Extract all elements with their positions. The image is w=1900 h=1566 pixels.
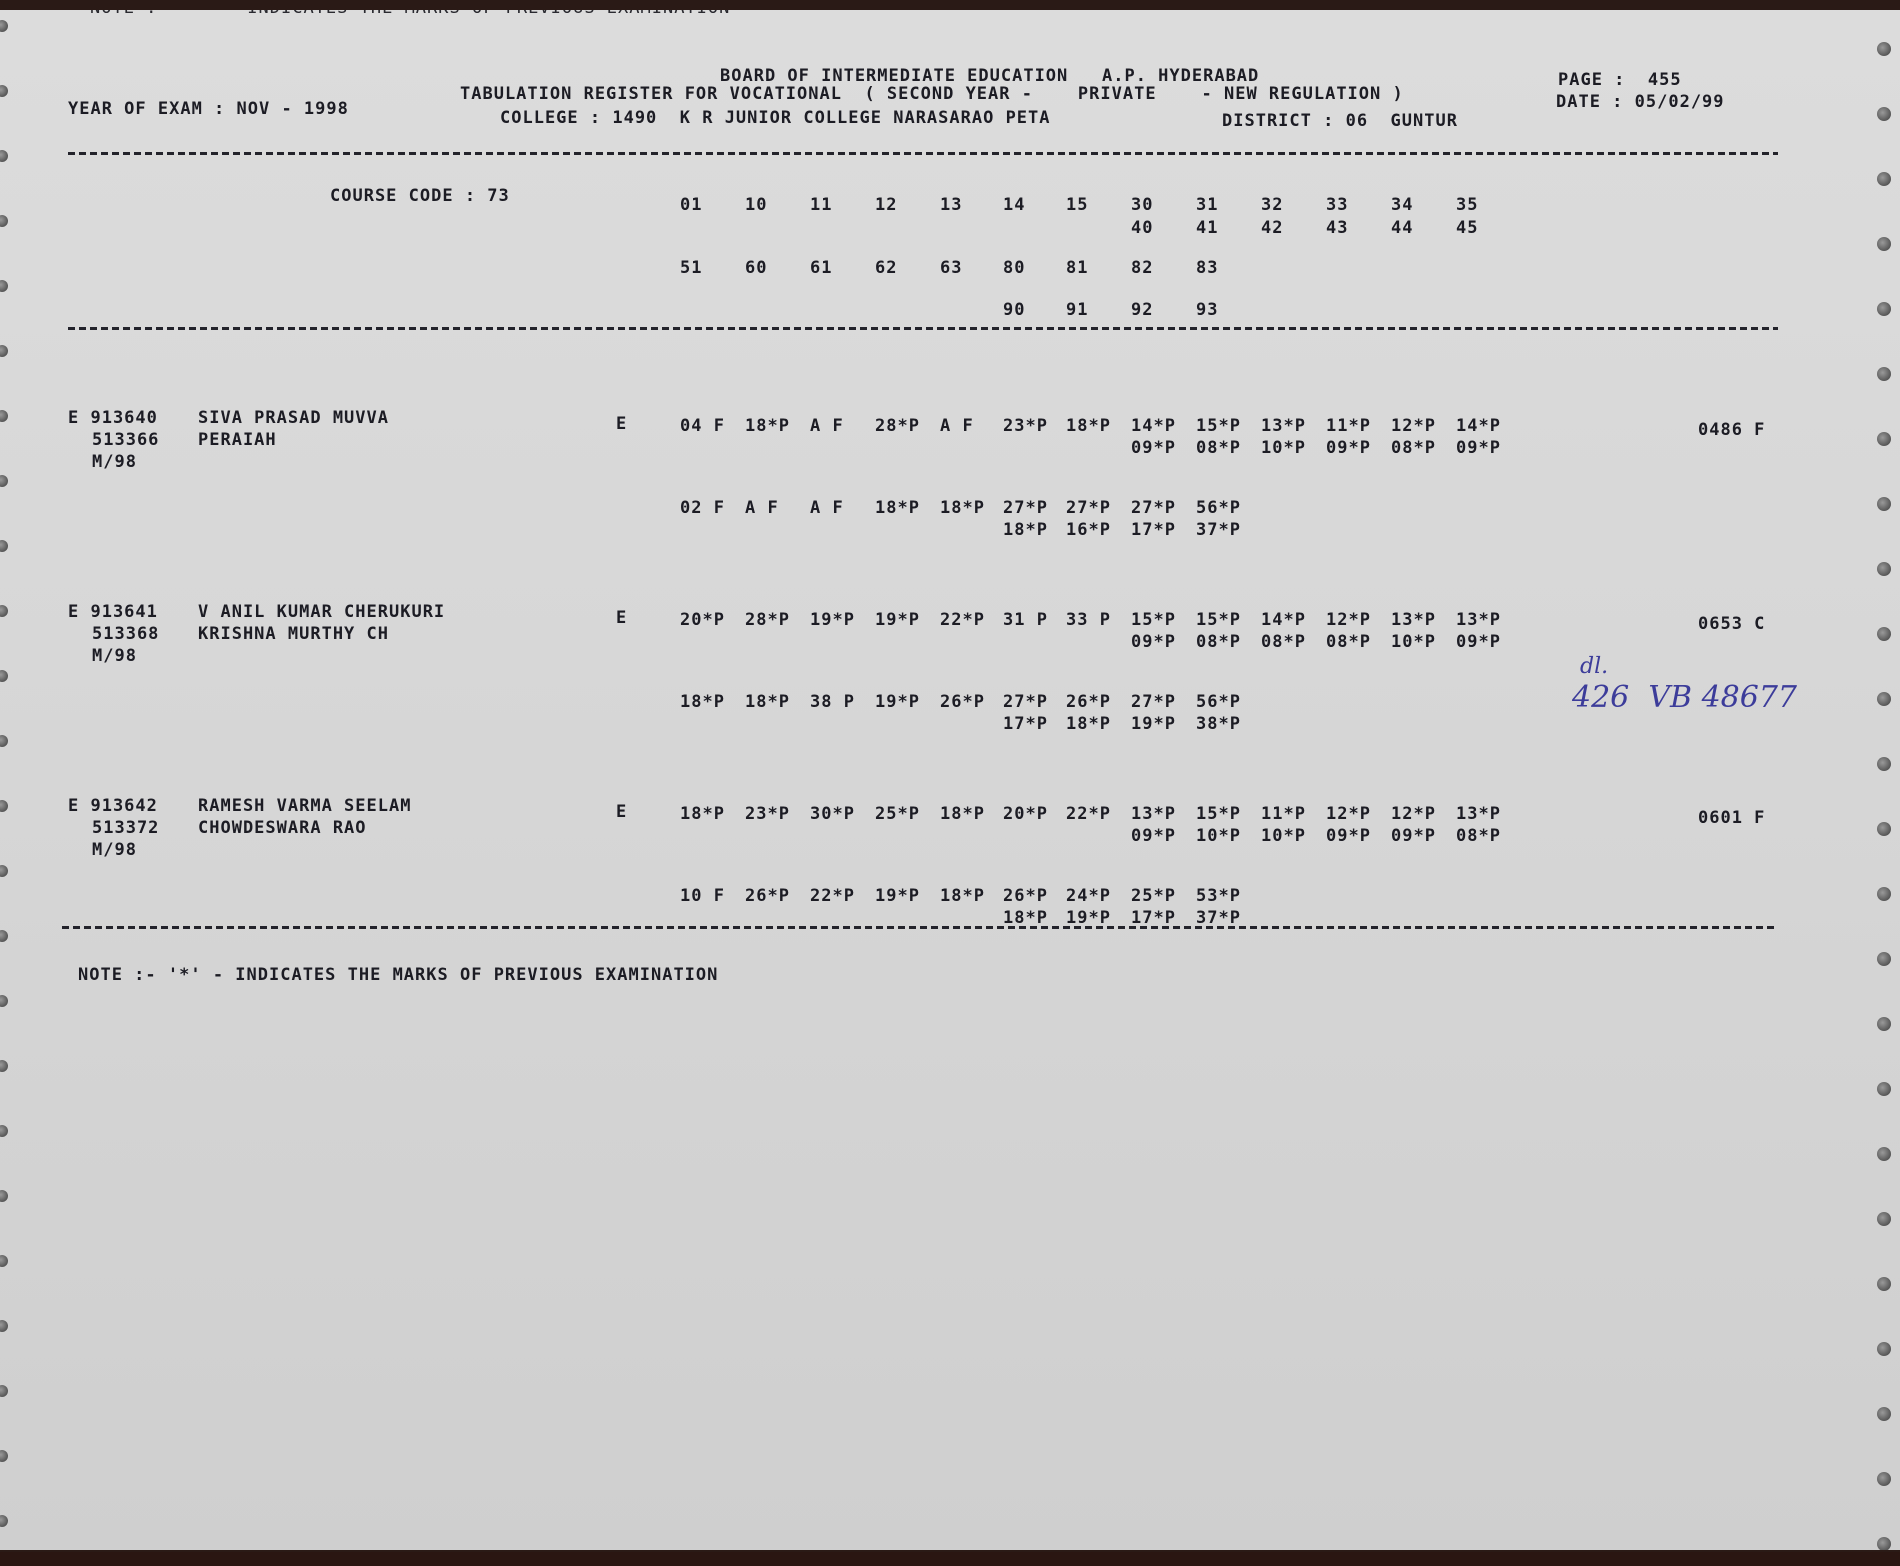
mark-cell: 18*P (1003, 908, 1048, 928)
year-of-exam: YEAR OF EXAM : NOV - 1998 (68, 99, 349, 119)
feed-hole (0, 800, 8, 812)
mark-cell: 16*P (1066, 520, 1111, 540)
subject-code: 83 (1196, 258, 1218, 278)
mark-cell: 18*P (680, 692, 725, 712)
medium: E (616, 414, 627, 434)
mark-cell: 53*P (1196, 886, 1241, 906)
mark-cell: 09*P (1131, 438, 1176, 458)
mark-cell: 04 F (680, 416, 725, 436)
feed-hole (0, 1255, 8, 1267)
mark-cell: 10 F (680, 886, 725, 906)
feed-hole (0, 995, 8, 1007)
exam-session: M/98 (92, 452, 137, 472)
mark-cell: 19*P (875, 610, 920, 630)
mark-cell: 23*P (745, 804, 790, 824)
page-number: PAGE : 455 (1558, 70, 1682, 90)
mark-cell: 09*P (1326, 826, 1371, 846)
feed-hole (0, 1125, 8, 1137)
subject-code: 62 (875, 258, 897, 278)
mark-cell: 15*P (1131, 610, 1176, 630)
mark-cell: 09*P (1456, 438, 1501, 458)
mark-cell: 26*P (1003, 886, 1048, 906)
student-code: 513366 (92, 430, 159, 450)
student-reg-number: E 913642 (68, 796, 158, 816)
subject-code: 42 (1261, 218, 1283, 238)
mark-cell: 09*P (1131, 826, 1176, 846)
student-name: RAMESH VARMA SEELAM (198, 796, 411, 816)
mark-cell: 18*P (1066, 714, 1111, 734)
mark-cell: 15*P (1196, 610, 1241, 630)
feed-hole (0, 280, 8, 292)
college-info: COLLEGE : 1490 K R JUNIOR COLLEGE NARASA… (500, 108, 1051, 128)
subject-code: 92 (1131, 300, 1153, 320)
total-result: 0653 C (1698, 614, 1765, 634)
father-name: PERAIAH (198, 430, 277, 450)
subject-code: 44 (1391, 218, 1413, 238)
student-code: 513368 (92, 624, 159, 644)
feed-hole (0, 605, 8, 617)
mark-cell: 27*P (1003, 498, 1048, 518)
mark-cell: 17*P (1003, 714, 1048, 734)
feed-hole (1877, 172, 1891, 186)
feed-hole (1877, 237, 1891, 251)
subject-code: 30 (1131, 195, 1153, 215)
mark-cell: 13*P (1456, 804, 1501, 824)
mark-cell: 17*P (1131, 520, 1176, 540)
mark-cell: 26*P (1066, 692, 1111, 712)
mark-cell: 26*P (940, 692, 985, 712)
student-reg-number: E 913641 (68, 602, 158, 622)
mark-cell: 27*P (1131, 692, 1176, 712)
feed-hole (1877, 302, 1891, 316)
total-result: 0601 F (1698, 808, 1765, 828)
feed-hole (0, 1320, 8, 1332)
separator-line (62, 926, 1778, 929)
feed-hole (1877, 757, 1891, 771)
mark-cell: A F (810, 416, 844, 436)
father-name: KRISHNA MURTHY CH (198, 624, 389, 644)
feed-hole (1877, 1537, 1891, 1550)
mark-cell: 08*P (1261, 632, 1306, 652)
feed-hole (0, 865, 8, 877)
subject-code: 60 (745, 258, 767, 278)
feed-hole (0, 1190, 8, 1202)
mark-cell: 18*P (1066, 416, 1111, 436)
mark-cell: 08*P (1196, 632, 1241, 652)
mark-cell: 37*P (1196, 520, 1241, 540)
feed-hole (1877, 562, 1891, 576)
subject-code: 01 (680, 195, 702, 215)
subject-code: 31 (1196, 195, 1218, 215)
mark-cell: 26*P (745, 886, 790, 906)
student-code: 513372 (92, 818, 159, 838)
mark-cell: 14*P (1456, 416, 1501, 436)
mark-cell: 18*P (745, 416, 790, 436)
register-title: TABULATION REGISTER FOR VOCATIONAL ( SEC… (460, 84, 1404, 104)
course-code: COURSE CODE : 73 (330, 186, 510, 206)
feed-hole (0, 1385, 8, 1397)
subject-code: 10 (745, 195, 767, 215)
board-title: BOARD OF INTERMEDIATE EDUCATION A.P. HYD… (720, 66, 1259, 86)
subject-code: 32 (1261, 195, 1283, 215)
feed-hole (0, 85, 8, 97)
mark-cell: 18*P (1003, 520, 1048, 540)
footer-note: NOTE :- '*' - INDICATES THE MARKS OF PRE… (78, 965, 718, 985)
mark-cell: 24*P (1066, 886, 1111, 906)
subject-code: 13 (940, 195, 962, 215)
district-info: DISTRICT : 06 GUNTUR (1222, 111, 1458, 131)
feed-hole (1877, 692, 1891, 706)
medium: E (616, 802, 627, 822)
feed-hole (0, 735, 8, 747)
feed-hole (1877, 367, 1891, 381)
mark-cell: 15*P (1196, 804, 1241, 824)
mark-cell: 19*P (875, 886, 920, 906)
mark-cell: 56*P (1196, 498, 1241, 518)
background-edge (0, 1552, 1900, 1566)
subject-code: 33 (1326, 195, 1348, 215)
feed-hole (1877, 1407, 1891, 1421)
mark-cell: 22*P (810, 886, 855, 906)
feed-hole (0, 345, 8, 357)
mark-cell: 19*P (1066, 908, 1111, 928)
mark-cell: 25*P (1131, 886, 1176, 906)
mark-cell: 09*P (1131, 632, 1176, 652)
mark-cell: 10*P (1261, 826, 1306, 846)
father-name: CHOWDESWARA RAO (198, 818, 367, 838)
mark-cell: 13*P (1261, 416, 1306, 436)
feed-hole (0, 1450, 8, 1462)
mark-cell: 02 F (680, 498, 725, 518)
mark-cell: 10*P (1196, 826, 1241, 846)
mark-cell: 08*P (1196, 438, 1241, 458)
mark-cell: 14*P (1131, 416, 1176, 436)
subject-code: 91 (1066, 300, 1088, 320)
feed-hole (0, 540, 8, 552)
handwritten-note: dl. (1580, 654, 1608, 679)
feed-hole (1877, 952, 1891, 966)
mark-cell: 20*P (680, 610, 725, 630)
mark-cell: 14*P (1261, 610, 1306, 630)
feed-hole (0, 670, 8, 682)
mark-cell: 30*P (810, 804, 855, 824)
mark-cell: 18*P (940, 886, 985, 906)
mark-cell: 11*P (1326, 416, 1371, 436)
mark-cell: 18*P (875, 498, 920, 518)
mark-cell: 23*P (1003, 416, 1048, 436)
print-date: DATE : 05/02/99 (1556, 92, 1725, 112)
mark-cell: 12*P (1391, 416, 1436, 436)
mark-cell: 10*P (1261, 438, 1306, 458)
mark-cell: 08*P (1391, 438, 1436, 458)
mark-cell: 27*P (1066, 498, 1111, 518)
top-note: NOTE :- '*' - INDICATES THE MARKS OF PRE… (90, 10, 730, 18)
feed-hole (0, 1515, 8, 1527)
subject-code: 43 (1326, 218, 1348, 238)
feed-hole (1877, 432, 1891, 446)
mark-cell: 08*P (1456, 826, 1501, 846)
feed-hole (0, 930, 8, 942)
mark-cell: 31 P (1003, 610, 1048, 630)
mark-cell: 18*P (940, 498, 985, 518)
mark-cell: 12*P (1391, 804, 1436, 824)
subject-code: 63 (940, 258, 962, 278)
subject-code: 82 (1131, 258, 1153, 278)
subject-code: 35 (1456, 195, 1478, 215)
mark-cell: 18*P (680, 804, 725, 824)
exam-session: M/98 (92, 840, 137, 860)
subject-code: 93 (1196, 300, 1218, 320)
subject-code: 15 (1066, 195, 1088, 215)
mark-cell: A F (940, 416, 974, 436)
mark-cell: 18*P (940, 804, 985, 824)
mark-cell: 27*P (1131, 498, 1176, 518)
mark-cell: 25*P (875, 804, 920, 824)
subject-code: 45 (1456, 218, 1478, 238)
mark-cell: 20*P (1003, 804, 1048, 824)
mark-cell: 10*P (1391, 632, 1436, 652)
mark-cell: 22*P (940, 610, 985, 630)
feed-hole (0, 475, 8, 487)
mark-cell: 27*P (1003, 692, 1048, 712)
mark-cell: 18*P (745, 692, 790, 712)
feed-hole (1877, 497, 1891, 511)
mark-cell: 11*P (1261, 804, 1306, 824)
mark-cell: 19*P (810, 610, 855, 630)
mark-cell: 13*P (1456, 610, 1501, 630)
student-name: V ANIL KUMAR CHERUKURI (198, 602, 445, 622)
subject-code: 80 (1003, 258, 1025, 278)
subject-code: 61 (810, 258, 832, 278)
student-name: SIVA PRASAD MUVVA (198, 408, 389, 428)
feed-hole (1877, 1342, 1891, 1356)
mark-cell: 33 P (1066, 610, 1111, 630)
medium: E (616, 608, 627, 628)
feed-hole (1877, 822, 1891, 836)
feed-hole (1877, 1277, 1891, 1291)
mark-cell: 13*P (1391, 610, 1436, 630)
feed-hole (1877, 1017, 1891, 1031)
mark-cell: 15*P (1196, 416, 1241, 436)
subject-code: 14 (1003, 195, 1025, 215)
mark-cell: 38*P (1196, 714, 1241, 734)
separator-line (68, 152, 1778, 155)
mark-cell: A F (745, 498, 779, 518)
feed-hole (1877, 1472, 1891, 1486)
subject-code: 34 (1391, 195, 1413, 215)
feed-hole (0, 20, 8, 32)
feed-hole (0, 1060, 8, 1072)
mark-cell: 22*P (1066, 804, 1111, 824)
mark-cell: 12*P (1326, 804, 1371, 824)
mark-cell: 28*P (875, 416, 920, 436)
mark-cell: 56*P (1196, 692, 1241, 712)
separator-line (68, 327, 1778, 330)
mark-cell: A F (810, 498, 844, 518)
mark-cell: 12*P (1326, 610, 1371, 630)
mark-cell: 19*P (875, 692, 920, 712)
mark-cell: 09*P (1391, 826, 1436, 846)
mark-cell: 28*P (745, 610, 790, 630)
subject-code: 90 (1003, 300, 1025, 320)
mark-cell: 17*P (1131, 908, 1176, 928)
mark-cell: 37*P (1196, 908, 1241, 928)
mark-cell: 38 P (810, 692, 855, 712)
mark-cell: 19*P (1131, 714, 1176, 734)
feed-hole (0, 410, 8, 422)
subject-code: 11 (810, 195, 832, 215)
handwritten-note: 426 VB 48677 (1572, 680, 1797, 715)
feed-hole (0, 215, 8, 227)
subject-code: 40 (1131, 218, 1153, 238)
feed-hole (0, 150, 8, 162)
feed-hole (1877, 1212, 1891, 1226)
feed-hole (1877, 107, 1891, 121)
subject-code: 81 (1066, 258, 1088, 278)
mark-cell: 08*P (1326, 632, 1371, 652)
exam-session: M/98 (92, 646, 137, 666)
feed-hole (1877, 1147, 1891, 1161)
feed-hole (1877, 1082, 1891, 1096)
feed-hole (1877, 42, 1891, 56)
subject-code: 12 (875, 195, 897, 215)
subject-code: 41 (1196, 218, 1218, 238)
feed-hole (1877, 887, 1891, 901)
feed-hole (1877, 627, 1891, 641)
student-reg-number: E 913640 (68, 408, 158, 428)
mark-cell: 09*P (1456, 632, 1501, 652)
subject-code: 51 (680, 258, 702, 278)
printed-register-sheet: NOTE :- '*' - INDICATES THE MARKS OF PRE… (0, 10, 1900, 1550)
mark-cell: 09*P (1326, 438, 1371, 458)
mark-cell: 13*P (1131, 804, 1176, 824)
total-result: 0486 F (1698, 420, 1765, 440)
